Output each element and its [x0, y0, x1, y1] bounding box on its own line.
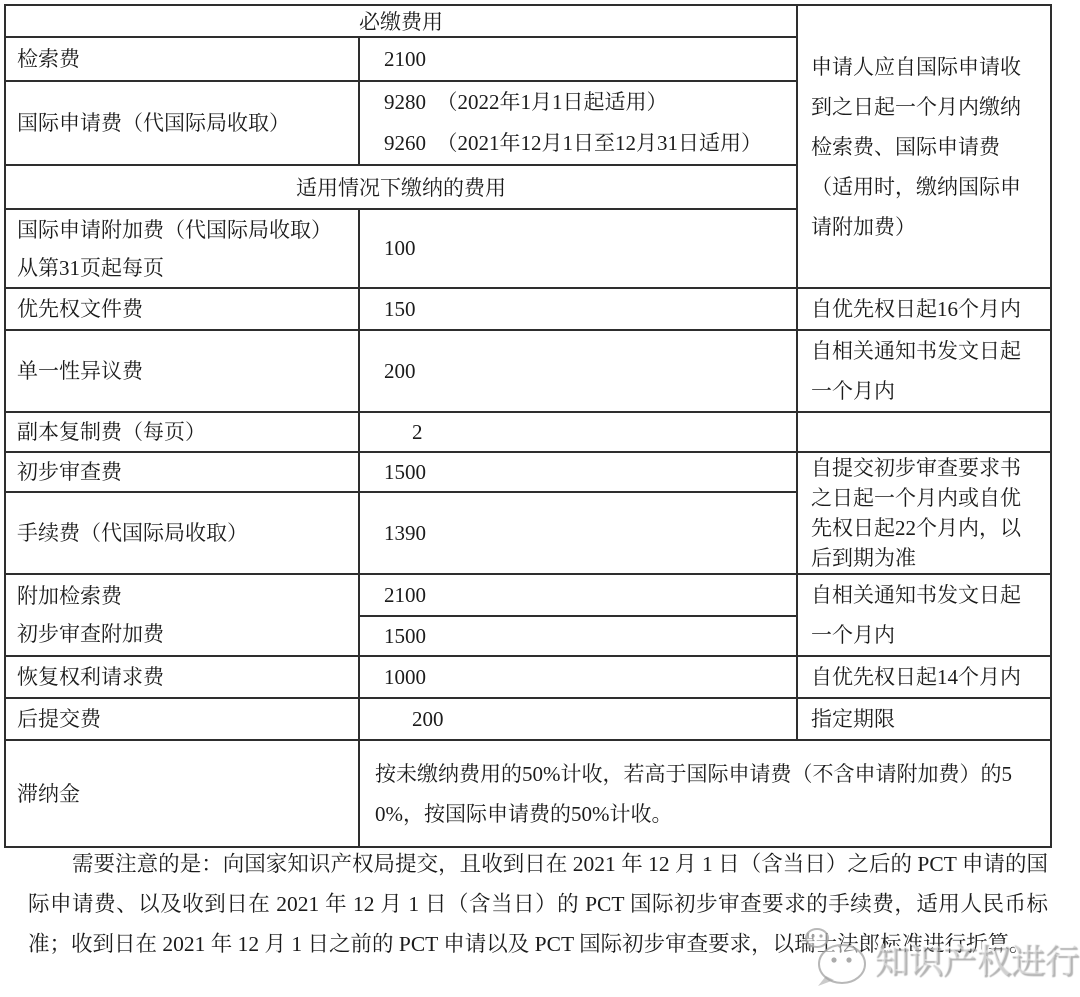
- row-restoration-fee: 恢复权利请求费 1000 自优先权日起14个月内: [5, 656, 1051, 698]
- deadline-initial-payment: 申请人应自国际申请收到之日起一个月内缴纳检索费、国际申请费（适用时，缴纳国际申请…: [797, 5, 1051, 288]
- label-supplement-fee: 国际申请附加费（代国际局收取） 从第31页起每页: [5, 209, 359, 288]
- footnote-paragraph: 需要注意的是：向国家知识产权局提交，且收到日在 2021 年 12 月 1 日（…: [28, 844, 1048, 964]
- label-handling-fee: 手续费（代国际局收取）: [5, 492, 359, 574]
- label-unity-objection-fee: 单一性异议费: [5, 330, 359, 412]
- amount-2021: 9260 （2021年12月1日至12月31日适用）: [384, 123, 796, 164]
- deadline-unity-objection-fee: 自相关通知书发文日起一个月内: [797, 330, 1051, 412]
- label-additional-search: 附加检索费: [17, 577, 358, 615]
- row-copy-fee: 副本复制费（每页） 2: [5, 412, 1051, 452]
- row-priority-document-fee: 优先权文件费 150 自优先权日起16个月内: [5, 288, 1051, 330]
- amount-restoration-fee: 1000: [359, 656, 797, 698]
- rule-late-payment-fee: 按未缴纳费用的50%计收，若高于国际申请费（不含申请附加费）的50%，按国际申请…: [359, 740, 1051, 847]
- amount-handling-fee: 1390: [359, 492, 797, 574]
- amount-preliminary-exam-fee: 1500: [359, 452, 797, 492]
- label-priority-document-fee: 优先权文件费: [5, 288, 359, 330]
- amount-search-fee: 2100: [359, 37, 797, 81]
- label-intl-application-fee: 国际申请费（代国际局收取）: [5, 81, 359, 165]
- label-restoration-fee: 恢复权利请求费: [5, 656, 359, 698]
- amount-additional-exam-fee: 1500: [359, 616, 797, 656]
- amount-2022: 9280 （2022年1月1日起适用）: [384, 82, 796, 123]
- section-header-required-fees: 必缴费用: [5, 5, 797, 37]
- deadline-additional-fees: 自相关通知书发文日起一个月内: [797, 574, 1051, 656]
- row-late-furnishing-fee: 后提交费 200 指定期限: [5, 698, 1051, 740]
- amount-late-furnishing-fee: 200: [359, 698, 797, 740]
- document-page: 必缴费用 申请人应自国际申请收到之日起一个月内缴纳检索费、国际申请费（适用时，缴…: [0, 0, 1080, 997]
- deadline-late-furnishing-fee: 指定期限: [797, 698, 1051, 740]
- deadline-preliminary-exam: 自提交初步审查要求书之日起一个月内或自优先权日起22个月内，以后到期为准: [797, 452, 1051, 574]
- row-additional-search-fee: 附加检索费 初步审查附加费 2100 自相关通知书发文日起一个月内: [5, 574, 1051, 616]
- amount-additional-search-fee: 2100: [359, 574, 797, 616]
- row-preliminary-exam-fee: 初步审查费 1500 自提交初步审查要求书之日起一个月内或自优先权日起22个月内…: [5, 452, 1051, 492]
- deadline-priority-document-fee: 自优先权日起16个月内: [797, 288, 1051, 330]
- label-supplement-line2: 从第31页起每页: [17, 249, 358, 287]
- amount-copy-fee: 2: [359, 412, 797, 452]
- label-search-fee: 检索费: [5, 37, 359, 81]
- label-preliminary-exam-fee: 初步审查费: [5, 452, 359, 492]
- label-supplement-line1: 国际申请附加费（代国际局收取）: [17, 211, 358, 249]
- deadline-copy-fee: [797, 412, 1051, 452]
- row-unity-objection-fee: 单一性异议费 200 自相关通知书发文日起一个月内: [5, 330, 1051, 412]
- pct-fee-table: 必缴费用 申请人应自国际申请收到之日起一个月内缴纳检索费、国际申请费（适用时，缴…: [4, 4, 1052, 848]
- label-additional-fees: 附加检索费 初步审查附加费: [5, 574, 359, 656]
- row-late-payment-fee: 滞纳金 按未缴纳费用的50%计收，若高于国际申请费（不含申请附加费）的50%，按…: [5, 740, 1051, 847]
- deadline-restoration-fee: 自优先权日起14个月内: [797, 656, 1051, 698]
- amount-unity-objection-fee: 200: [359, 330, 797, 412]
- amount-supplement-fee: 100: [359, 209, 797, 288]
- section-header-conditional-fees: 适用情况下缴纳的费用: [5, 165, 797, 209]
- amount-intl-application-fee: 9280 （2022年1月1日起适用） 9260 （2021年12月1日至12月…: [359, 81, 797, 165]
- label-late-furnishing-fee: 后提交费: [5, 698, 359, 740]
- row-section-required: 必缴费用 申请人应自国际申请收到之日起一个月内缴纳检索费、国际申请费（适用时，缴…: [5, 5, 1051, 37]
- label-copy-fee: 副本复制费（每页）: [5, 412, 359, 452]
- label-additional-exam: 初步审查附加费: [17, 615, 358, 653]
- amount-priority-document-fee: 150: [359, 288, 797, 330]
- label-late-payment-fee: 滞纳金: [5, 740, 359, 847]
